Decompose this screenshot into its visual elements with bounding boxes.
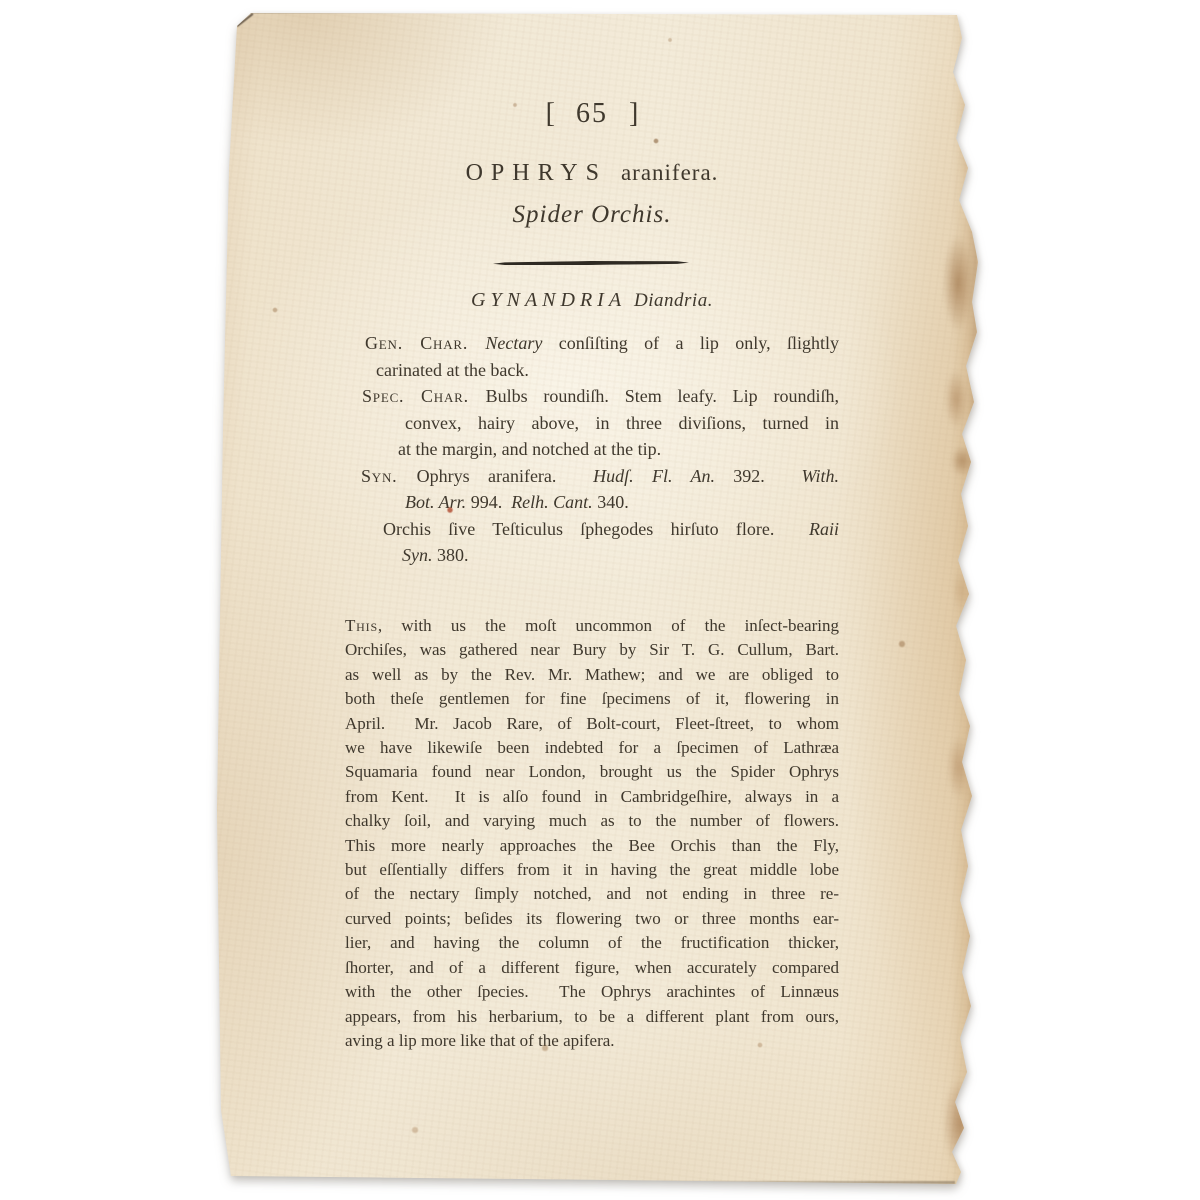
text-line: both theſe gentlemen for fine ſpecimens … bbox=[345, 687, 839, 711]
text-segment: at the margin, and notched at the tip. bbox=[398, 439, 661, 459]
text-line: carinated at the back. bbox=[376, 357, 839, 384]
text-line: Squamaria found near London, brought us … bbox=[345, 760, 839, 784]
page-corner-fold bbox=[237, 13, 254, 27]
text-line: lier, and having the column of the fruct… bbox=[345, 931, 839, 955]
text-segment: Nectary bbox=[485, 333, 542, 353]
text-line: chalky ſoil, and varying much as to the … bbox=[345, 809, 839, 833]
text-line: ſhorter, and of a different figure, when… bbox=[345, 956, 839, 980]
text-segment: With. bbox=[802, 466, 840, 486]
text-segment: This more nearly approaches the Bee Orch… bbox=[345, 836, 839, 855]
text-line: Spec. Char. Bulbs roundiſh. Stem leafy. … bbox=[362, 383, 839, 410]
text-line: This, with us the moſt uncommon of the i… bbox=[345, 614, 839, 638]
text-line: we have likewiſe been indebted for a ſpe… bbox=[345, 736, 839, 760]
page-shadow-wrap: [65] OPHRYSaranifera. Spider Orchis. GYN… bbox=[215, 10, 978, 1186]
text-segment: Gen. Char. bbox=[365, 333, 485, 353]
text-segment: conſiſting of a lip only, ſlightly bbox=[542, 333, 839, 353]
text-segment: convex, hairy above, in three diviſions,… bbox=[405, 413, 839, 433]
page-top-edge bbox=[245, 10, 957, 13]
text-line: at the margin, and notched at the tip. bbox=[398, 436, 839, 463]
text-segment: Raii bbox=[809, 519, 839, 539]
text-segment: lier, and having the column of the fruct… bbox=[345, 933, 839, 952]
text-column: [65] OPHRYSaranifera. Spider Orchis. GYN… bbox=[345, 10, 839, 1186]
text-line: This more nearly approaches the Bee Orch… bbox=[345, 834, 839, 858]
text-line: April. Mr. Jacob Rare, of Bolt-court, Fl… bbox=[345, 712, 839, 736]
text-segment: 994. bbox=[466, 492, 511, 512]
species-epithet: aranifera. bbox=[621, 160, 718, 185]
text-line: Syn. 380. bbox=[402, 542, 839, 569]
book-page: [65] OPHRYSaranifera. Spider Orchis. GYN… bbox=[215, 10, 978, 1186]
text-segment: curved points; beſides its flowering two… bbox=[345, 909, 839, 928]
scan-background: [65] OPHRYSaranifera. Spider Orchis. GYN… bbox=[0, 0, 1200, 1200]
text-line: aving a lip more like that of the apifer… bbox=[345, 1029, 839, 1053]
left-bracket: [ bbox=[546, 100, 555, 128]
text-segment: with the other ſpecies. The Ophrys arach… bbox=[345, 982, 839, 1001]
text-segment: This bbox=[345, 616, 378, 635]
text-line: convex, hairy above, in three diviſions,… bbox=[405, 410, 839, 437]
text-line: of the nectary ſimply notched, and not e… bbox=[345, 882, 839, 906]
text-segment: Orchis ſive Teſticulus ſphegodes hirſuto… bbox=[383, 519, 809, 539]
text-line: but eſſentially differs from it in havin… bbox=[345, 858, 839, 882]
right-bracket: ] bbox=[629, 100, 638, 128]
text-line: curved points; beſides its flowering two… bbox=[345, 907, 839, 931]
edge-stain bbox=[943, 235, 973, 331]
text-segment: we have likewiſe been indebted for a ſpe… bbox=[345, 738, 839, 757]
classification-line: GYNANDRIADiandria. bbox=[345, 290, 839, 310]
linnaean-class: GYNANDRIA bbox=[471, 289, 626, 311]
text-line: Syn. Ophrys aranifera. Hudſ. Fl. An. 392… bbox=[361, 463, 839, 490]
text-segment: Orchiſes, was gathered near Bury by Sir … bbox=[345, 640, 839, 659]
text-segment: Syn. bbox=[402, 545, 433, 565]
text-segment: Relh. Cant. bbox=[511, 492, 593, 512]
text-segment: Bot. Arr. bbox=[405, 492, 466, 512]
text-segment: April. Mr. Jacob Rare, of Bolt-court, Fl… bbox=[345, 714, 839, 733]
horizontal-rule bbox=[493, 260, 689, 265]
text-segment: carinated at the back. bbox=[376, 360, 529, 380]
text-line: Orchis ſive Teſticulus ſphegodes hirſuto… bbox=[383, 516, 839, 543]
linnaean-order: Diandria. bbox=[634, 290, 713, 311]
text-line: Gen. Char. Nectary conſiſting of a lip o… bbox=[365, 330, 839, 357]
text-line: with the other ſpecies. The Ophrys arach… bbox=[345, 980, 839, 1004]
deckled-right-edge bbox=[952, 10, 978, 1186]
edge-stain bbox=[943, 1078, 977, 1168]
text-segment: aving a lip more like that of the apifer… bbox=[345, 1031, 615, 1050]
common-name: Spider Orchis. bbox=[345, 202, 839, 227]
page-bottom-edge bbox=[225, 1181, 955, 1184]
text-segment: Syn. bbox=[361, 466, 417, 486]
text-segment: 340. bbox=[593, 492, 629, 512]
text-segment: Hudſ. Fl. An. bbox=[593, 466, 715, 486]
text-segment: 380. bbox=[433, 545, 469, 565]
text-segment: chalky ſoil, and varying much as to the … bbox=[345, 811, 839, 830]
edge-stain bbox=[951, 446, 973, 476]
text-segment: as well as by the Rev. Mr. Mathew; and w… bbox=[345, 665, 839, 684]
edge-stain bbox=[953, 570, 969, 610]
text-line: appears, from his herbarium, to be a dif… bbox=[345, 1005, 839, 1029]
text-segment: Spec. Char. bbox=[362, 386, 486, 406]
species-title: OPHRYSaranifera. bbox=[345, 161, 839, 185]
text-segment: Ophrys aranifera. bbox=[417, 466, 593, 486]
text-segment: both theſe gentlemen for fine ſpecimens … bbox=[345, 689, 839, 708]
text-segment: ſhorter, and of a different figure, when… bbox=[345, 958, 839, 977]
edge-stain bbox=[959, 88, 973, 180]
page-number-line: [65] bbox=[345, 100, 839, 128]
text-segment: of the nectary ſimply notched, and not e… bbox=[345, 884, 839, 903]
text-segment: , with us the moſt uncommon of the inſec… bbox=[378, 616, 839, 635]
text-segment: from Kent. It is alſo found in Cambridge… bbox=[345, 787, 839, 806]
text-line: Orchiſes, was gathered near Bury by Sir … bbox=[345, 638, 839, 662]
edge-stain bbox=[947, 736, 971, 798]
description-paragraph: This, with us the moſt uncommon of the i… bbox=[345, 614, 839, 1053]
text-line: Bot. Arr. 994. Relh. Cant. 340. bbox=[405, 489, 839, 516]
text-line: from Kent. It is alſo found in Cambridge… bbox=[345, 785, 839, 809]
edge-stain bbox=[945, 370, 967, 428]
text-line: as well as by the Rev. Mr. Mathew; and w… bbox=[345, 663, 839, 687]
text-segment: 392. bbox=[715, 466, 802, 486]
text-segment: appears, from his herbarium, to be a dif… bbox=[345, 1007, 839, 1026]
text-segment: Bulbs roundiſh. Stem leafy. Lip roundiſh… bbox=[486, 386, 839, 406]
text-segment: Squamaria found near London, brought us … bbox=[345, 762, 839, 781]
genus-name: OPHRYS bbox=[466, 160, 607, 186]
characters-block: Gen. Char. Nectary conſiſting of a lip o… bbox=[345, 330, 839, 569]
page-number: 65 bbox=[576, 100, 608, 128]
text-segment: but eſſentially differs from it in havin… bbox=[345, 860, 839, 879]
